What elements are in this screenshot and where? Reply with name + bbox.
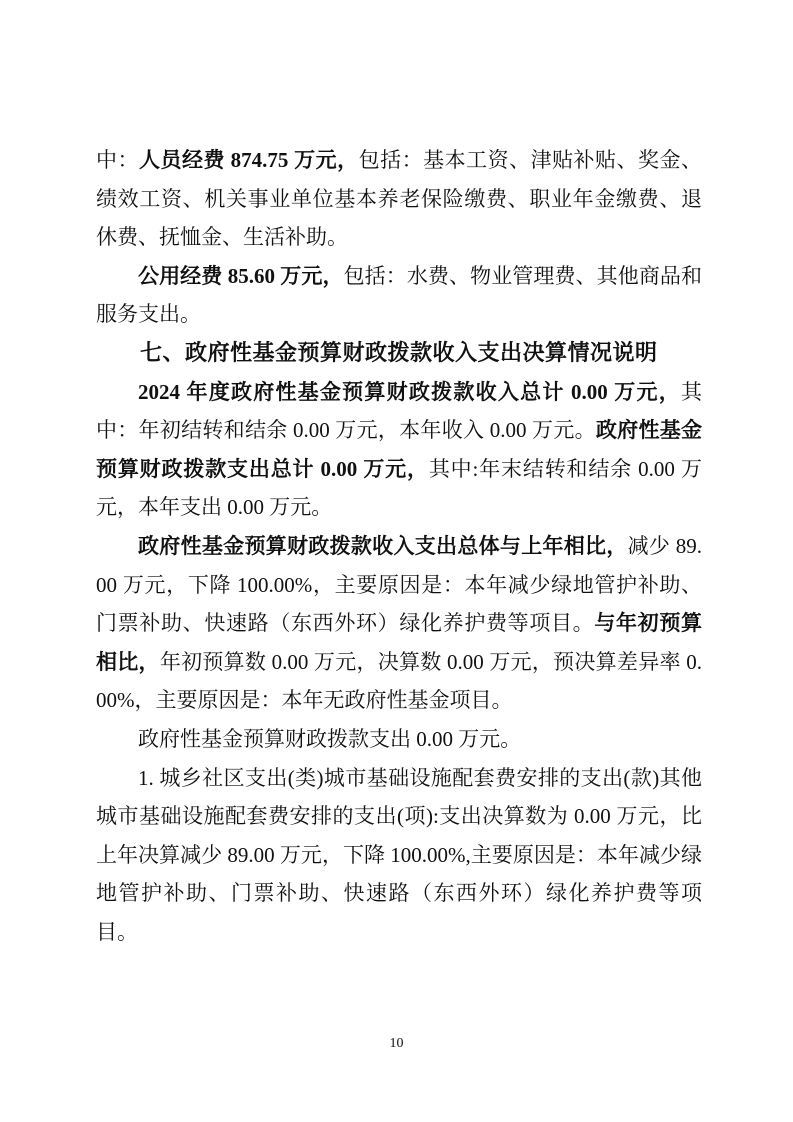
paragraph-item1-urban-community: 1. 城乡社区支出(类)城市基础设施配套费安排的支出(款)其他城市基础设施配套费…: [96, 759, 702, 952]
paragraph-public-funds: 公用经费 85.60 万元，包括：水费、物业管理费、其他商品和服务支出。: [96, 257, 702, 334]
document-page: 中：人员经费 874.75 万元，包括：基本工资、津贴补贴、奖金、绩效工资、机关…: [0, 0, 793, 1122]
text-run: 1. 城乡社区支出(类)城市基础设施配套费安排的支出(款)其他城市基础设施配套费…: [96, 766, 702, 944]
page-number: 10: [0, 1036, 793, 1052]
paragraph-govfund-totals: 2024 年度政府性基金预算财政拨款收入总计 0.00 万元，其中：年初结转和结…: [96, 373, 702, 527]
bold-run: 公用经费 85.60 万元，: [138, 264, 344, 288]
bold-run: 人员经费 874.75 万元，: [139, 148, 359, 172]
bold-run: 政府性基金预算财政拨款收入支出总体与上年相比，: [138, 534, 628, 558]
text-run: 中：: [96, 148, 139, 172]
document-body: 中：人员经费 874.75 万元，包括：基本工资、津贴补贴、奖金、绩效工资、机关…: [96, 141, 702, 951]
text-run: 政府性基金预算财政拨款支出 0.00 万元。: [138, 727, 521, 751]
paragraph-yoy-comparison: 政府性基金预算财政拨款收入支出总体与上年相比，减少 89.00 万元，下降 10…: [96, 527, 702, 720]
bold-run: 2024 年度政府性基金预算财政拨款收入总计 0.00 万元，: [138, 380, 681, 404]
section-heading: 七、政府性基金预算财政拨款收入支出决算情况说明: [96, 334, 702, 373]
paragraph-personnel-funds: 中：人员经费 874.75 万元，包括：基本工资、津贴补贴、奖金、绩效工资、机关…: [96, 141, 702, 257]
text-run: 年初预算数 0.00 万元，决算数 0.00 万元，预决算差异率 0.00%，主…: [96, 650, 702, 713]
paragraph-govfund-expenditure: 政府性基金预算财政拨款支出 0.00 万元。: [96, 720, 702, 759]
